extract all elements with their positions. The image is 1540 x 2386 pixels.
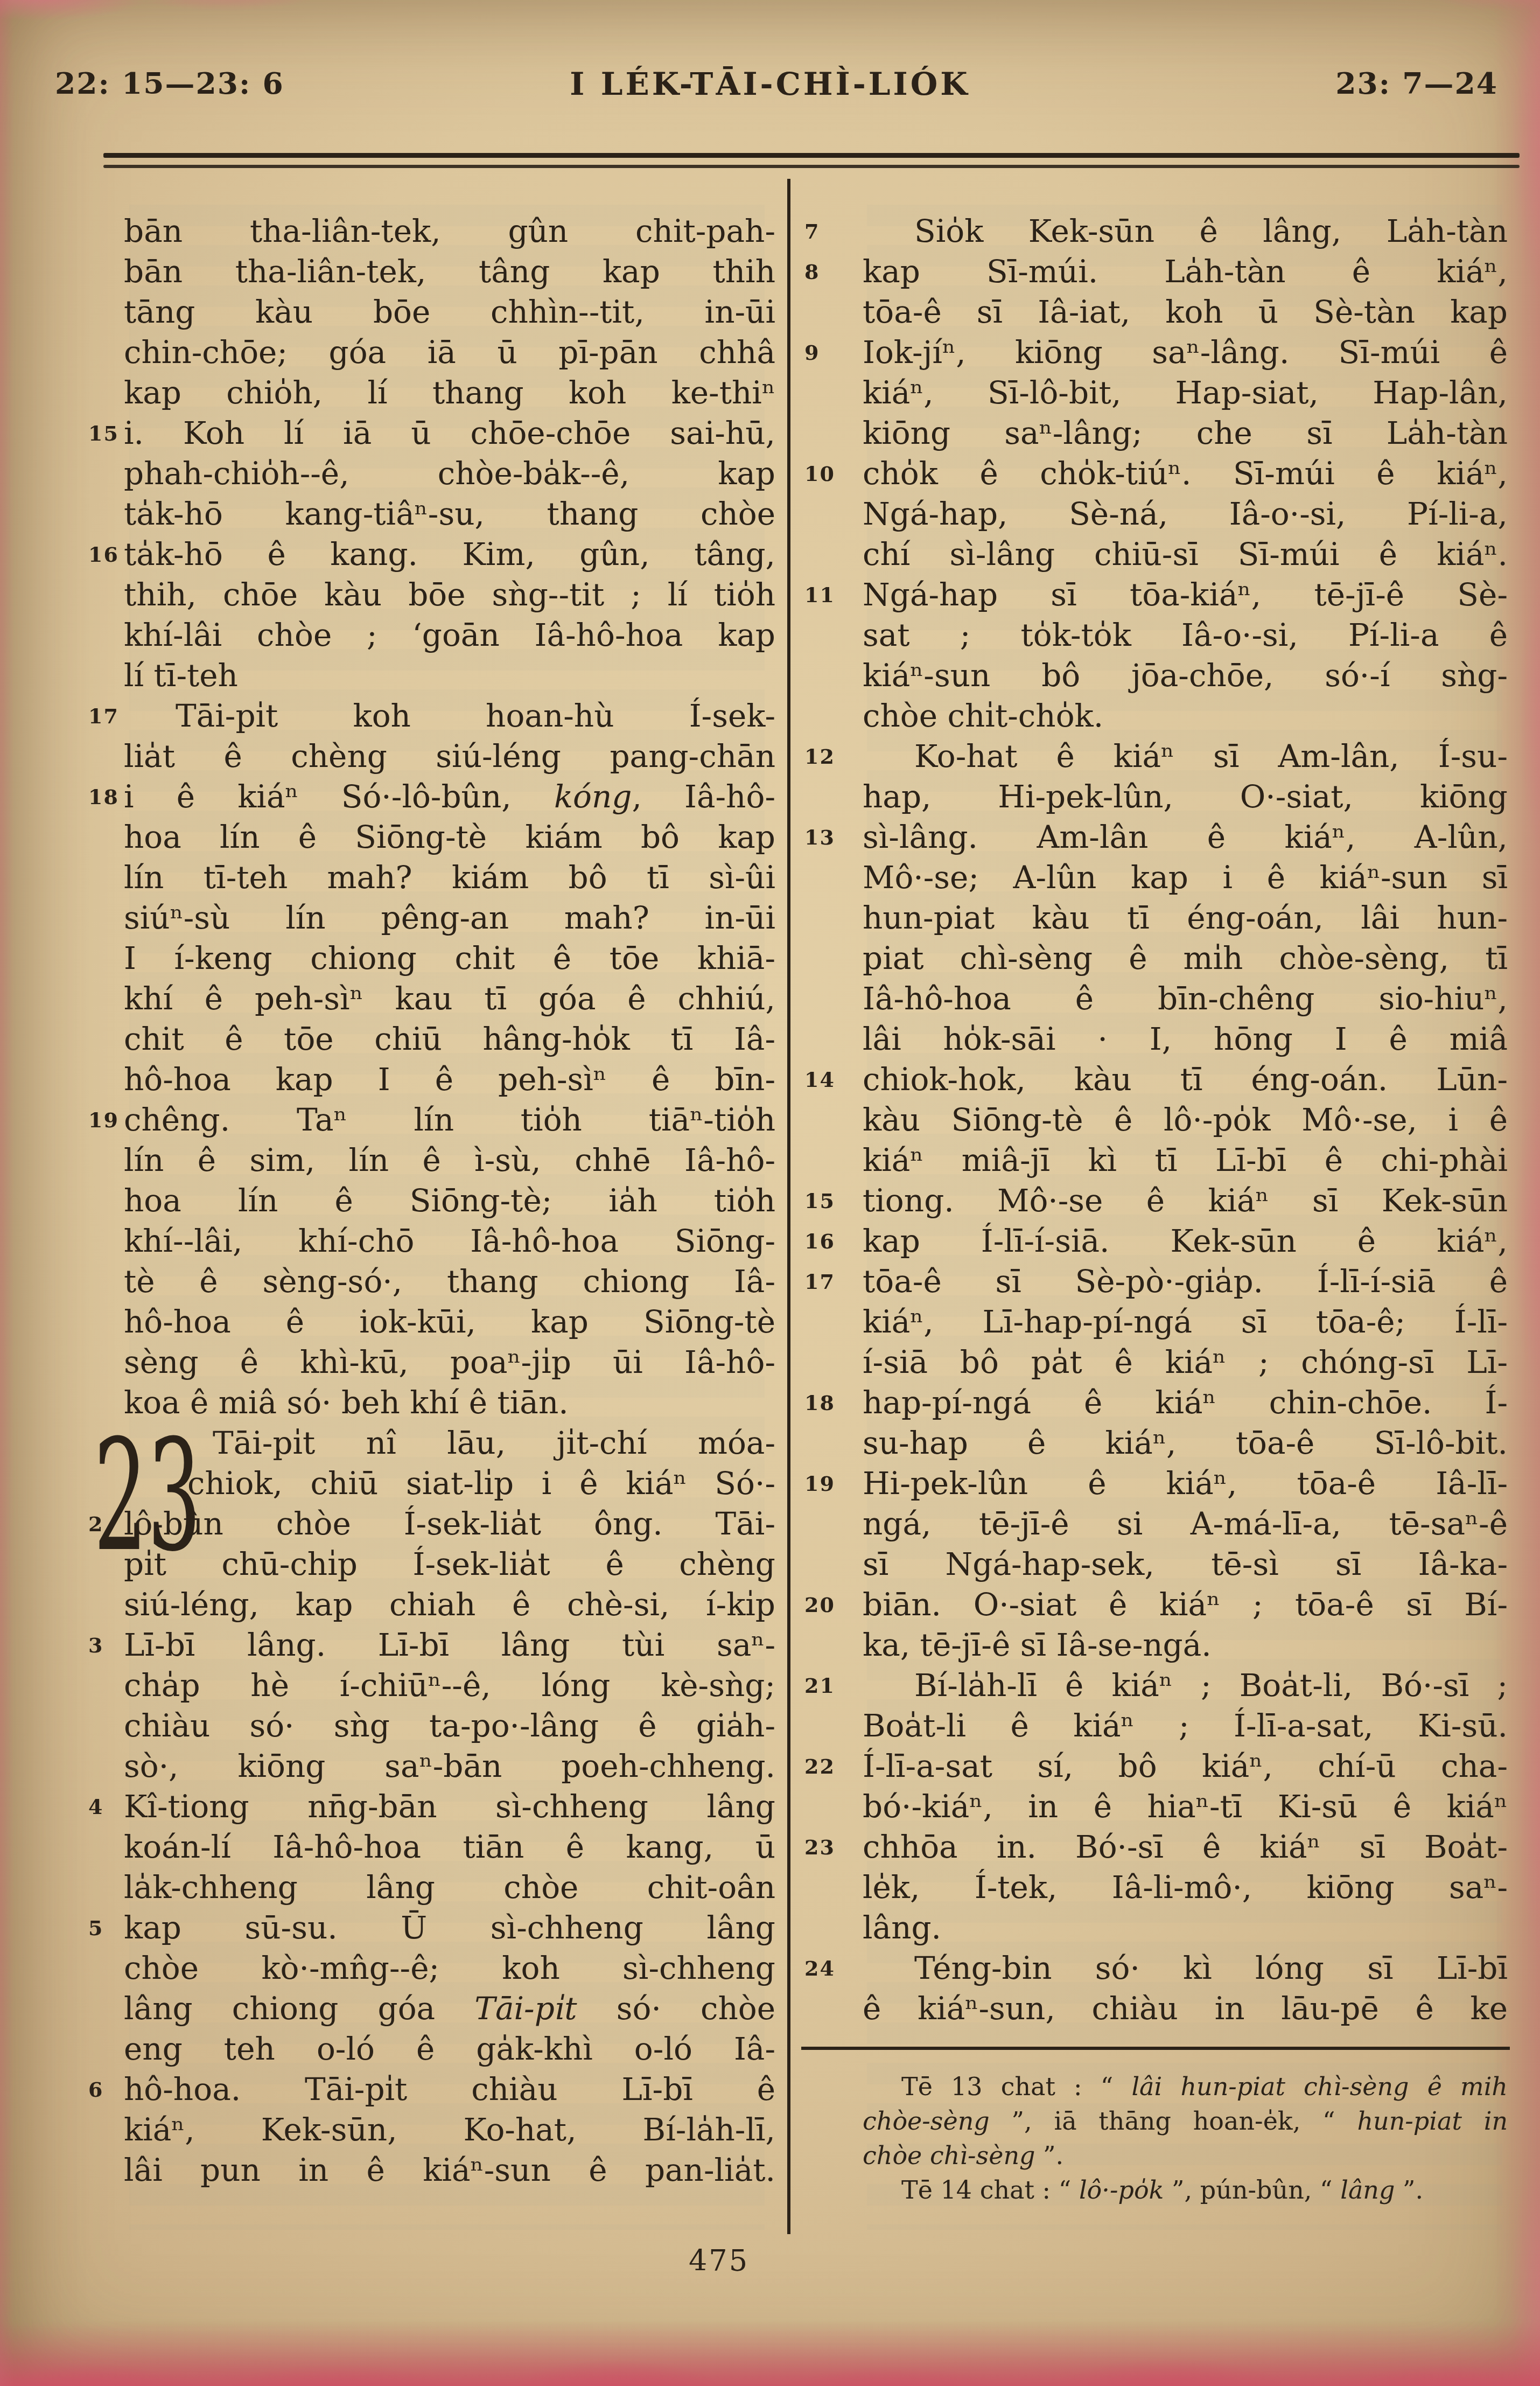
text-line: pi̍t chū-chi̍p Í-sek-lia̍t ê chèng bbox=[124, 1544, 775, 1585]
verse-text: chiok-hok, kàu tī éng-oán. Lūn- bbox=[863, 1061, 1508, 1098]
verse-text: hô-hoa ê iok-kūi, kap Siōng-tè bbox=[124, 1303, 775, 1340]
verse-text: kiōng saⁿ-lâng; che sī La̍h-tàn bbox=[863, 415, 1508, 451]
verse-text: ngá, tē-jī-ê si A-má-lī-a, tē-saⁿ-ê bbox=[863, 1505, 1508, 1542]
text-line: le̍k, Í-tek, Iâ-li-mô·, kiōng saⁿ- bbox=[863, 1867, 1508, 1908]
text-line: ta̍k-hō kang-tiâⁿ-su, thang chòe bbox=[124, 494, 775, 534]
text-line: Mô·-se; A-lûn kap i ê kiáⁿ-sun sī bbox=[863, 857, 1508, 898]
text-line: lâng chiong góa Tāi-pi̍t só· chòe bbox=[124, 1989, 775, 2029]
text-line: tōa-ê sī Iâ-iat, koh ū Sè-tàn kap bbox=[863, 292, 1508, 332]
text-line: khí-lâi chòe ; ‘goān Iâ-hô-hoa kap bbox=[124, 615, 775, 655]
text-line: kap chio̍h, lí thang koh ke-thiⁿ bbox=[124, 373, 775, 413]
verse-text: la̍k-chheng lâng chòe chit-oân bbox=[124, 1869, 775, 1906]
verse-text: Iâ-hô-hoa ê bīn-chêng sio-hiuⁿ, bbox=[863, 980, 1508, 1017]
text-line: su-hap ê kiáⁿ, tōa-ê Sī-lô-bit. bbox=[863, 1423, 1508, 1463]
verse-text: tiong. Mô·-se ê kiáⁿ sī Kek-sūn bbox=[863, 1182, 1508, 1219]
verse-number: 13 bbox=[804, 817, 853, 857]
verse-text: khí-lâi chòe ; ‘goān Iâ-hô-hoa kap bbox=[124, 617, 775, 653]
verse-text: le̍k, Í-tek, Iâ-li-mô·, kiōng saⁿ- bbox=[863, 1869, 1508, 1906]
text-line: hun-piat kàu tī éng-oán, lâi hun- bbox=[863, 898, 1508, 938]
right-text-column: 7Sio̍k Kek-sūn ê lâng, La̍h-tàn8kap Sī-m… bbox=[863, 211, 1508, 2029]
verse-number: 18 bbox=[804, 1383, 853, 1423]
verse-text: chí sì-lâng chiū-sī Sī-múi ê kiáⁿ. bbox=[863, 536, 1508, 573]
verse-number: 15 bbox=[804, 1181, 853, 1221]
verse-text: hoa lín ê Siōng-tè kiám bô kap bbox=[124, 819, 775, 855]
verse-text: tōa-ê sī Iâ-iat, koh ū Sè-tàn kap bbox=[863, 294, 1508, 330]
verse-text: ta̍k-hō kang-tiâⁿ-su, thang chòe bbox=[124, 496, 775, 532]
verse-text: sèng ê khì-kū, poaⁿ-ji̍p ūi Iâ-hô- bbox=[124, 1344, 775, 1380]
text-line: hô-hoa ê iok-kūi, kap Siōng-tè bbox=[124, 1302, 775, 1342]
verse-number: 2 bbox=[88, 1504, 121, 1544]
verse-text: hap, Hi-pek-lûn, O·-siat, kiōng bbox=[863, 778, 1508, 815]
text-line: ka, tē-jī-ê sī Iâ-se-ngá. bbox=[863, 1625, 1508, 1665]
text-line: 23Tāi-pi̍t nî lāu, ji̍t-chí móa- bbox=[124, 1423, 775, 1463]
verse-text: kap Í-lī-í-siā. Kek-sūn ê kiáⁿ, bbox=[863, 1223, 1508, 1259]
verse-text: chit ê tōe chiū hâng-ho̍k tī Iâ- bbox=[124, 1021, 775, 1057]
verse-number: 21 bbox=[804, 1665, 853, 1706]
text-line: 3Lī-bī lâng. Lī-bī lâng tùi saⁿ- bbox=[124, 1625, 775, 1665]
verse-number: 19 bbox=[804, 1463, 853, 1504]
text-line: sī Ngá-hap-sek, tē-sì sī Iâ-ka- bbox=[863, 1544, 1508, 1585]
verse-text: Lī-bī lâng. Lī-bī lâng tùi saⁿ- bbox=[124, 1627, 775, 1663]
verse-text: chòe chì-sèng ”. bbox=[863, 2141, 1063, 2170]
text-line: 17Tāi-pi̍t koh hoan-hù Í-sek- bbox=[124, 696, 775, 736]
text-line: í-siā bô pa̍t ê kiáⁿ ; chóng-sī Lī- bbox=[863, 1342, 1508, 1383]
text-line: kiáⁿ miâ-jī kì tī Lī-bī ê chi-phài bbox=[863, 1140, 1508, 1181]
verse-text: Hi-pek-lûn ê kiáⁿ, tōa-ê Iâ-lī- bbox=[863, 1465, 1508, 1502]
verse-text: siúⁿ-sù lín pêng-an mah? in-ūi bbox=[124, 899, 775, 936]
verse-text: ê kiáⁿ-sun, chiàu in lāu-pē ê ke bbox=[863, 1990, 1508, 2027]
header-verse-range-right: 23: 7—24 bbox=[1335, 66, 1498, 101]
text-line: chòe chi̍t-cho̍k. bbox=[863, 696, 1508, 736]
text-line: eng teh o-ló ê ga̍k-khì o-ló Iâ- bbox=[124, 2029, 775, 2069]
verse-text: siú-léng, kap chiah ê chè-si, í-ki̍p bbox=[124, 1586, 775, 1623]
verse-text: chhōa in. Bó·-sī ê kiáⁿ sī Boa̍t- bbox=[863, 1829, 1508, 1865]
text-line: piat chì-sèng ê mi̍h chòe-sèng, tī bbox=[863, 938, 1508, 979]
verse-text: lín ê sim, lín ê ì-sù, chhē Iâ-hô- bbox=[124, 1142, 775, 1178]
text-line: khí ê peh-sìⁿ kau tī góa ê chhiú, bbox=[124, 979, 775, 1019]
text-line: chiok, chiū siat-li̍p i ê kiáⁿ Só·- bbox=[124, 1463, 775, 1504]
verse-number: 7 bbox=[804, 211, 853, 252]
left-text-column: bān tha-liân-tek, gûn chit-pah-bān tha-l… bbox=[124, 211, 775, 2190]
text-line: lâi pun in ê kiáⁿ-sun ê pan-lia̍t. bbox=[124, 2150, 775, 2190]
verse-text: Ngá-hap sī tōa-kiáⁿ, tē-jī-ê Sè- bbox=[863, 576, 1508, 613]
text-line: 16kap Í-lī-í-siā. Kek-sūn ê kiáⁿ, bbox=[863, 1221, 1508, 1261]
verse-number: 10 bbox=[804, 454, 853, 494]
verse-number: 6 bbox=[88, 2069, 121, 2110]
verse-text: lâi pun in ê kiáⁿ-sun ê pan-lia̍t. bbox=[124, 2152, 775, 2188]
verse-text: í-siā bô pa̍t ê kiáⁿ ; chóng-sī Lī- bbox=[863, 1344, 1508, 1380]
text-line: 24Téng-bin só· kì lóng sī Lī-bī bbox=[863, 1948, 1508, 1989]
text-line: Tē 13 chat : “ lâi hun-piat chì-sèng ê m… bbox=[863, 2069, 1508, 2104]
verse-text: khí ê peh-sìⁿ kau tī góa ê chhiú, bbox=[124, 980, 775, 1017]
text-line: chòe chì-sèng ”. bbox=[863, 2138, 1508, 2173]
verse-number: 22 bbox=[804, 1746, 853, 1787]
text-line: kiáⁿ-sun bô jōa-chōe, só·-í sǹg- bbox=[863, 655, 1508, 696]
text-line: 16ta̍k-hō ê kang. Kim, gûn, tâng, bbox=[124, 534, 775, 575]
text-line: 13sì-lâng. Am-lân ê kiáⁿ, A-lûn, bbox=[863, 817, 1508, 857]
verse-text: lâng chiong góa Tāi-pi̍t só· chòe bbox=[124, 1990, 775, 2027]
verse-text: sat ; to̍k-to̍k Iâ-o·-si, Pí-li-a ê bbox=[863, 617, 1508, 653]
verse-text: tōa-ê sī Sè-pò·-gia̍p. Í-lī-í-siā ê bbox=[863, 1263, 1508, 1300]
text-line: kiáⁿ, Lī-hap-pí-ngá sī tōa-ê; Í-lī- bbox=[863, 1302, 1508, 1342]
verse-text: chêng. Taⁿ lín tio̍h tiāⁿ-tio̍h bbox=[124, 1101, 775, 1138]
verse-text: Tāi-pi̍t koh hoan-hù Í-sek- bbox=[176, 697, 775, 734]
text-line: la̍k-chheng lâng chòe chit-oân bbox=[124, 1867, 775, 1908]
text-line: lâng. bbox=[863, 1908, 1508, 1948]
header-verse-range-left: 22: 15—23: 6 bbox=[55, 66, 284, 101]
verse-text: su-hap ê kiáⁿ, tōa-ê Sī-lô-bit. bbox=[863, 1425, 1508, 1461]
text-line: lín ê sim, lín ê ì-sù, chhē Iâ-hô- bbox=[124, 1140, 775, 1181]
verse-text: piat chì-sèng ê mi̍h chòe-sèng, tī bbox=[863, 940, 1508, 976]
text-line: tāng kàu bōe chhìn--tit, in-ūi bbox=[124, 292, 775, 332]
verse-text: kiáⁿ miâ-jī kì tī Lī-bī ê chi-phài bbox=[863, 1142, 1508, 1178]
verse-text: pi̍t chū-chi̍p Í-sek-lia̍t ê chèng bbox=[124, 1546, 775, 1582]
verse-text: tāng kàu bōe chhìn--tit, in-ūi bbox=[124, 294, 775, 330]
verse-text: kiáⁿ, Sī-lô-bit, Hap-siat, Hap-lân, bbox=[863, 374, 1508, 411]
verse-text: lí tī-teh bbox=[124, 657, 238, 694]
verse-text: I í-keng chiong chit ê tōe khiā- bbox=[124, 940, 775, 976]
verse-text: Mô·-se; A-lûn kap i ê kiáⁿ-sun sī bbox=[863, 859, 1508, 896]
text-line: chiàu só· sǹg ta-po·-lâng ê gia̍h- bbox=[124, 1706, 775, 1746]
text-line: kiōng saⁿ-lâng; che sī La̍h-tàn bbox=[863, 413, 1508, 454]
text-line: 12Ko-hat ê kiáⁿ sī Am-lân, Í-su- bbox=[863, 736, 1508, 777]
verse-text: Í-lī-a-sat sí, bô kiáⁿ, chí-ū cha- bbox=[863, 1748, 1508, 1784]
text-line: 20biān. O·-siat ê kiáⁿ ; tōa-ê sī Bí- bbox=[863, 1585, 1508, 1625]
verse-text: thih, chōe kàu bōe sǹg--tit ; lí tio̍h bbox=[124, 576, 775, 613]
verse-text: sī Ngá-hap-sek, tē-sì sī Iâ-ka- bbox=[863, 1546, 1508, 1582]
text-line: siú-léng, kap chiah ê chè-si, í-ki̍p bbox=[124, 1585, 775, 1625]
text-line: kiáⁿ, Kek-sūn, Ko-hat, Bí-la̍h-lī, bbox=[124, 2110, 775, 2150]
verse-text: ka, tē-jī-ê sī Iâ-se-ngá. bbox=[863, 1627, 1212, 1663]
verse-text: kap chio̍h, lí thang koh ke-thiⁿ bbox=[124, 374, 775, 411]
text-line: 8kap Sī-múi. La̍h-tàn ê kiáⁿ, bbox=[863, 252, 1508, 292]
dyed-page-edge-bottom bbox=[0, 2305, 1540, 2386]
verse-text: sì-lâng. Am-lân ê kiáⁿ, A-lûn, bbox=[863, 819, 1508, 855]
verse-text: kap sū-su. Ū sì-chheng lâng bbox=[124, 1909, 775, 1946]
text-line: 10cho̍k ê cho̍k-tiúⁿ. Sī-múi ê kiáⁿ, bbox=[863, 454, 1508, 494]
text-line: lia̍t ê chèng siú-léng pang-chān bbox=[124, 736, 775, 777]
text-line: siúⁿ-sù lín pêng-an mah? in-ūi bbox=[124, 898, 775, 938]
verse-text: lô-bûn chòe Í-sek-lia̍t ông. Tāi- bbox=[124, 1505, 775, 1542]
verse-text: ta̍k-hō ê kang. Kim, gûn, tâng, bbox=[124, 536, 775, 573]
verse-text: chòe-sèng ”, iā thāng hoan-e̍k, “ hun-pi… bbox=[863, 2106, 1508, 2136]
verse-text: biān. O·-siat ê kiáⁿ ; tōa-ê sī Bí- bbox=[863, 1586, 1508, 1623]
text-line: phah-chio̍h--ê, chòe-ba̍k--ê, kap bbox=[124, 454, 775, 494]
verse-text: kiáⁿ-sun bô jōa-chōe, só·-í sǹg- bbox=[863, 657, 1508, 694]
text-line: chí sì-lâng chiū-sī Sī-múi ê kiáⁿ. bbox=[863, 534, 1508, 575]
text-line: 21Bí-la̍h-lī ê kiáⁿ ; Boa̍t-li, Bó·-sī ; bbox=[863, 1665, 1508, 1706]
page-number: 475 bbox=[662, 2244, 775, 2278]
verse-text: Sio̍k Kek-sūn ê lâng, La̍h-tàn bbox=[914, 213, 1508, 249]
header-book-title: I LÉK-TĀI-CHÌ-LIÓK bbox=[570, 66, 970, 102]
verse-text: hô-hoa kap I ê peh-sìⁿ ê bīn- bbox=[124, 1061, 775, 1098]
text-line: 7Sio̍k Kek-sūn ê lâng, La̍h-tàn bbox=[863, 211, 1508, 252]
text-line: chin-chōe; góa iā ū pī-pān chhâ bbox=[124, 332, 775, 373]
text-line: chit ê tōe chiū hâng-ho̍k tī Iâ- bbox=[124, 1019, 775, 1059]
verse-number: 8 bbox=[804, 252, 853, 292]
verse-number: 5 bbox=[88, 1908, 121, 1948]
text-line: lí tī-teh bbox=[124, 655, 775, 696]
text-line: koán-lí Iâ-hô-hoa tiān ê kang, ū bbox=[124, 1827, 775, 1867]
verse-text: kiáⁿ, Lī-hap-pí-ngá sī tōa-ê; Í-lī- bbox=[863, 1303, 1508, 1340]
text-line: 18i ê kiáⁿ Só·-lô-bûn, kóng, Iâ-hô- bbox=[124, 777, 775, 817]
verse-text: Boa̍t-li ê kiáⁿ ; Í-lī-a-sat, Ki-sū. bbox=[863, 1707, 1508, 1744]
verse-number: 24 bbox=[804, 1948, 853, 1989]
verse-number: 14 bbox=[804, 1059, 853, 1100]
verse-text: Tē 14 chat : “ lô·-po̍k ”, pún-bûn, “ lâ… bbox=[901, 2175, 1423, 2204]
verse-text: hoa lín ê Siōng-tè; ia̍h tio̍h bbox=[124, 1182, 775, 1219]
verse-text: chin-chōe; góa iā ū pī-pān chhâ bbox=[124, 334, 775, 371]
text-line: 18hap-pí-ngá ê kiáⁿ chin-chōe. Í- bbox=[863, 1383, 1508, 1423]
verse-text: eng teh o-ló ê ga̍k-khì o-ló Iâ- bbox=[124, 2031, 775, 2067]
text-line: I í-keng chiong chit ê tōe khiā- bbox=[124, 938, 775, 979]
verse-text: lia̍t ê chèng siú-léng pang-chān bbox=[124, 738, 775, 775]
verse-text: phah-chio̍h--ê, chòe-ba̍k--ê, kap bbox=[124, 455, 775, 492]
verse-text: Ngá-hap, Sè-ná, Iâ-o·-si, Pí-li-a, bbox=[863, 496, 1508, 532]
text-line: 2lô-bûn chòe Í-sek-lia̍t ông. Tāi- bbox=[124, 1504, 775, 1544]
verse-text: hap-pí-ngá ê kiáⁿ chin-chōe. Í- bbox=[863, 1384, 1508, 1421]
text-line: hoa lín ê Siōng-tè kiám bô kap bbox=[124, 817, 775, 857]
book-page: 22: 15—23: 6 I LÉK-TĀI-CHÌ-LIÓK 23: 7—24… bbox=[0, 0, 1540, 2386]
text-line: lín tī-teh mah? kiám bô tī sì-ûi bbox=[124, 857, 775, 898]
text-line: ê kiáⁿ-sun, chiàu in lāu-pē ê ke bbox=[863, 1989, 1508, 2029]
verse-text: Téng-bin só· kì lóng sī Lī-bī bbox=[914, 1950, 1508, 1986]
verse-number: 23 bbox=[804, 1827, 853, 1867]
text-line: chòe kò·-mn̂g--ê; koh sì-chheng bbox=[124, 1948, 775, 1989]
text-line: Ngá-hap, Sè-ná, Iâ-o·-si, Pí-li-a, bbox=[863, 494, 1508, 534]
text-line: bān tha-liân-tek, gûn chit-pah- bbox=[124, 211, 775, 252]
text-line: Tē 14 chat : “ lô·-po̍k ”, pún-bûn, “ lâ… bbox=[863, 2173, 1508, 2207]
text-line: 19chêng. Taⁿ lín tio̍h tiāⁿ-tio̍h bbox=[124, 1100, 775, 1140]
verse-text: chiàu só· sǹg ta-po·-lâng ê gia̍h- bbox=[124, 1707, 775, 1744]
text-line: tè ê sèng-só·, thang chiong Iâ- bbox=[124, 1261, 775, 1302]
text-line: 17tōa-ê sī Sè-pò·-gia̍p. Í-lī-í-siā ê bbox=[863, 1261, 1508, 1302]
header-double-rule-top bbox=[103, 153, 1520, 158]
header-double-rule-bottom bbox=[103, 165, 1520, 168]
verse-text: chiok, chiū siat-li̍p i ê kiáⁿ Só·- bbox=[187, 1465, 775, 1502]
verse-text: chòe kò·-mn̂g--ê; koh sì-chheng bbox=[124, 1950, 775, 1986]
verse-text: i. Koh lí iā ū chōe-chōe sai-hū, bbox=[124, 415, 775, 451]
text-line: Iâ-hô-hoa ê bīn-chêng sio-hiuⁿ, bbox=[863, 979, 1508, 1019]
verse-number: 19 bbox=[88, 1100, 121, 1140]
verse-text: lín tī-teh mah? kiám bô tī sì-ûi bbox=[124, 859, 775, 896]
text-line: Boa̍t-li ê kiáⁿ ; Í-lī-a-sat, Ki-sū. bbox=[863, 1706, 1508, 1746]
footnote-separator-rule bbox=[801, 2047, 1510, 2050]
dyed-page-edge-left bbox=[0, 0, 14, 2386]
text-line: 4Kî-tiong nn̄g-bān sì-chheng lâng bbox=[124, 1787, 775, 1827]
text-line: chòe-sèng ”, iā thāng hoan-e̍k, “ hun-pi… bbox=[863, 2104, 1508, 2138]
verse-number: 4 bbox=[88, 1787, 121, 1827]
verse-text: Ko-hat ê kiáⁿ sī Am-lân, Í-su- bbox=[914, 738, 1508, 775]
verse-text: i ê kiáⁿ Só·-lô-bûn, kóng, Iâ-hô- bbox=[124, 778, 775, 815]
verse-number: 18 bbox=[88, 777, 121, 817]
verse-number: 16 bbox=[804, 1221, 853, 1261]
verse-number: 17 bbox=[804, 1261, 853, 1302]
verse-text: bó·-kiáⁿ, in ê hiaⁿ-tī Ki-sū ê kiáⁿ bbox=[863, 1788, 1508, 1825]
text-line: 15tiong. Mô·-se ê kiáⁿ sī Kek-sūn bbox=[863, 1181, 1508, 1221]
text-line: kiáⁿ, Sī-lô-bit, Hap-siat, Hap-lân, bbox=[863, 373, 1508, 413]
text-line: 5kap sū-su. Ū sì-chheng lâng bbox=[124, 1908, 775, 1948]
text-line: kàu Siōng-tè ê lô·-po̍k Mô·-se, i ê bbox=[863, 1100, 1508, 1140]
verse-text: cho̍k ê cho̍k-tiúⁿ. Sī-múi ê kiáⁿ, bbox=[863, 455, 1508, 492]
verse-text: bān tha-liân-tek, tâng kap thih bbox=[124, 253, 775, 290]
verse-text: khí--lâi, khí-chō Iâ-hô-hoa Siōng- bbox=[124, 1223, 775, 1259]
verse-text: bān tha-liân-tek, gûn chit-pah- bbox=[124, 213, 775, 249]
verse-text: kàu Siōng-tè ê lô·-po̍k Mô·-se, i ê bbox=[863, 1101, 1508, 1138]
text-line: hap, Hi-pek-lûn, O·-siat, kiōng bbox=[863, 777, 1508, 817]
text-line: cha̍p hè í-chiūⁿ--ê, lóng kè-sǹg; bbox=[124, 1665, 775, 1706]
text-line: hô-hoa kap I ê peh-sìⁿ ê bīn- bbox=[124, 1059, 775, 1100]
verse-text: Tē 13 chat : “ lâi hun-piat chì-sèng ê m… bbox=[901, 2072, 1508, 2101]
text-line: lâi ho̍k-sāi · I, hōng I ê miâ bbox=[863, 1019, 1508, 1059]
text-line: bó·-kiáⁿ, in ê hiaⁿ-tī Ki-sū ê kiáⁿ bbox=[863, 1787, 1508, 1827]
text-line: 15i. Koh lí iā ū chōe-chōe sai-hū, bbox=[124, 413, 775, 454]
verse-text: kap Sī-múi. La̍h-tàn ê kiáⁿ, bbox=[863, 253, 1508, 290]
text-line: sèng ê khì-kū, poaⁿ-ji̍p ūi Iâ-hô- bbox=[124, 1342, 775, 1383]
verse-text: Tāi-pi̍t nî lāu, ji̍t-chí móa- bbox=[213, 1425, 775, 1461]
verse-number: 16 bbox=[88, 534, 121, 575]
text-line: koa ê miâ só· beh khí ê tiān. bbox=[124, 1383, 775, 1423]
verse-text: hô-hoa. Tāi-pi̍t chiàu Lī-bī ê bbox=[124, 2071, 775, 2108]
verse-number: 3 bbox=[88, 1625, 121, 1665]
text-line: bān tha-liân-tek, tâng kap thih bbox=[124, 252, 775, 292]
verse-number: 9 bbox=[804, 332, 853, 373]
verse-number: 12 bbox=[804, 736, 853, 777]
text-line: sò·, kiōng saⁿ-bān poeh-chheng. bbox=[124, 1746, 775, 1787]
verse-number: 15 bbox=[88, 413, 121, 454]
verse-text: chòe chi̍t-cho̍k. bbox=[863, 697, 1103, 734]
verse-text: koán-lí Iâ-hô-hoa tiān ê kang, ū bbox=[124, 1829, 775, 1865]
text-line: hoa lín ê Siōng-tè; ia̍h tio̍h bbox=[124, 1181, 775, 1221]
text-line: 19Hi-pek-lûn ê kiáⁿ, tōa-ê Iâ-lī- bbox=[863, 1463, 1508, 1504]
text-line: sat ; to̍k-to̍k Iâ-o·-si, Pí-li-a ê bbox=[863, 615, 1508, 655]
verse-text: sò·, kiōng saⁿ-bān poeh-chheng. bbox=[124, 1748, 775, 1784]
text-line: 14chiok-hok, kàu tī éng-oán. Lūn- bbox=[863, 1059, 1508, 1100]
text-line: 11Ngá-hap sī tōa-kiáⁿ, tē-jī-ê Sè- bbox=[863, 575, 1508, 615]
footnotes-block: Tē 13 chat : “ lâi hun-piat chì-sèng ê m… bbox=[863, 2069, 1508, 2207]
verse-text: lâi ho̍k-sāi · I, hōng I ê miâ bbox=[863, 1021, 1508, 1057]
verse-text: kiáⁿ, Kek-sūn, Ko-hat, Bí-la̍h-lī, bbox=[124, 2111, 775, 2148]
text-line: 22Í-lī-a-sat sí, bô kiáⁿ, chí-ū cha- bbox=[863, 1746, 1508, 1787]
verse-number: 17 bbox=[88, 696, 121, 736]
text-line: 23chhōa in. Bó·-sī ê kiáⁿ sī Boa̍t- bbox=[863, 1827, 1508, 1867]
text-line: khí--lâi, khí-chō Iâ-hô-hoa Siōng- bbox=[124, 1221, 775, 1261]
verse-text: cha̍p hè í-chiūⁿ--ê, lóng kè-sǹg; bbox=[124, 1667, 775, 1704]
verse-text: lâng. bbox=[863, 1909, 941, 1946]
verse-number: 20 bbox=[804, 1585, 853, 1625]
verse-text: hun-piat kàu tī éng-oán, lâi hun- bbox=[863, 899, 1508, 936]
verse-text: Bí-la̍h-lī ê kiáⁿ ; Boa̍t-li, Bó·-sī ; bbox=[914, 1667, 1508, 1704]
verse-text: Kî-tiong nn̄g-bān sì-chheng lâng bbox=[124, 1788, 775, 1825]
column-divider-rule bbox=[787, 179, 790, 2234]
text-line: 6hô-hoa. Tāi-pi̍t chiàu Lī-bī ê bbox=[124, 2069, 775, 2110]
text-line: thih, chōe kàu bōe sǹg--tit ; lí tio̍h bbox=[124, 575, 775, 615]
verse-text: tè ê sèng-só·, thang chiong Iâ- bbox=[124, 1263, 775, 1300]
dyed-page-edge-top bbox=[0, 0, 1540, 59]
verse-number: 11 bbox=[804, 575, 853, 615]
verse-text: Iok-jíⁿ, kiōng saⁿ-lâng. Sī-múi ê bbox=[863, 334, 1508, 371]
text-line: 9Iok-jíⁿ, kiōng saⁿ-lâng. Sī-múi ê bbox=[863, 332, 1508, 373]
text-line: ngá, tē-jī-ê si A-má-lī-a, tē-saⁿ-ê bbox=[863, 1504, 1508, 1544]
